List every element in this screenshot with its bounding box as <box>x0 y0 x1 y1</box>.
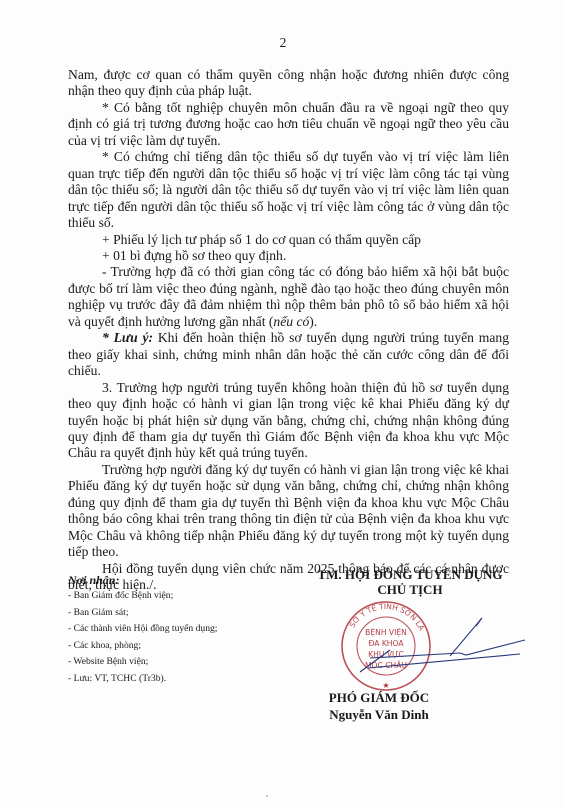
handwritten-signature-icon <box>350 610 550 690</box>
signature-block: TM. HỘI ĐỒNG TUYỂN DỤNG CHỦ TỊCH PHÓ GIÁ… <box>300 567 520 597</box>
recipient-item: - Website Bệnh viện; <box>68 654 298 671</box>
paragraph: * Lưu ý: Khi đến hoàn thiện hồ sơ tuyển … <box>68 330 509 379</box>
paragraph: - Trường hợp đã có thời gian công tác có… <box>68 264 509 330</box>
recipient-item: - Ban Giám đốc Bệnh viện; <box>68 588 298 605</box>
signer-name: Nguyễn Văn Dinh <box>300 707 458 723</box>
paragraph: 3. Trường hợp người trúng tuyển không ho… <box>68 380 509 462</box>
scan-speck <box>266 795 268 797</box>
paragraph: + 01 bì đựng hồ sơ theo quy định. <box>68 248 509 264</box>
recipients-heading: Nơi nhận: <box>68 572 298 588</box>
recipient-item: - Lưu: VT, TCHC (Tr3b). <box>68 671 298 688</box>
signature-organization: TM. HỘI ĐỒNG TUYỂN DỤNG <box>300 567 520 582</box>
signature-title: CHỦ TỊCH <box>300 582 520 597</box>
recipient-item: - Các khoa, phòng; <box>68 638 298 655</box>
document-page: 2 Nam, được cơ quan có thẩm quyền công n… <box>0 0 566 809</box>
recipient-item: - Các thành viên Hội đồng tuyển dụng; <box>68 621 298 638</box>
page-number: 2 <box>0 35 566 51</box>
paragraph: + Phiếu lý lịch tư pháp số 1 do cơ quan … <box>68 232 509 248</box>
italic-note: nếu có <box>273 314 309 329</box>
body-text: Nam, được cơ quan có thẩm quyền công nhậ… <box>68 67 509 594</box>
recipients-block: Nơi nhận: - Ban Giám đốc Bệnh viện; - Ba… <box>68 572 298 688</box>
note-label: * Lưu ý: <box>102 330 153 345</box>
paragraph: Nam, được cơ quan có thẩm quyền công nhậ… <box>68 67 509 100</box>
signature-role: PHÓ GIÁM ĐỐC <box>300 690 458 706</box>
paragraph: * Có chứng chỉ tiếng dân tộc thiểu số dự… <box>68 149 509 231</box>
recipient-item: - Ban Giám sát; <box>68 605 298 622</box>
paragraph: Trường hợp người đăng ký dự tuyển có hàn… <box>68 462 509 561</box>
paragraph: * Có bằng tốt nghiệp chuyên môn chuẩn đầ… <box>68 100 509 149</box>
